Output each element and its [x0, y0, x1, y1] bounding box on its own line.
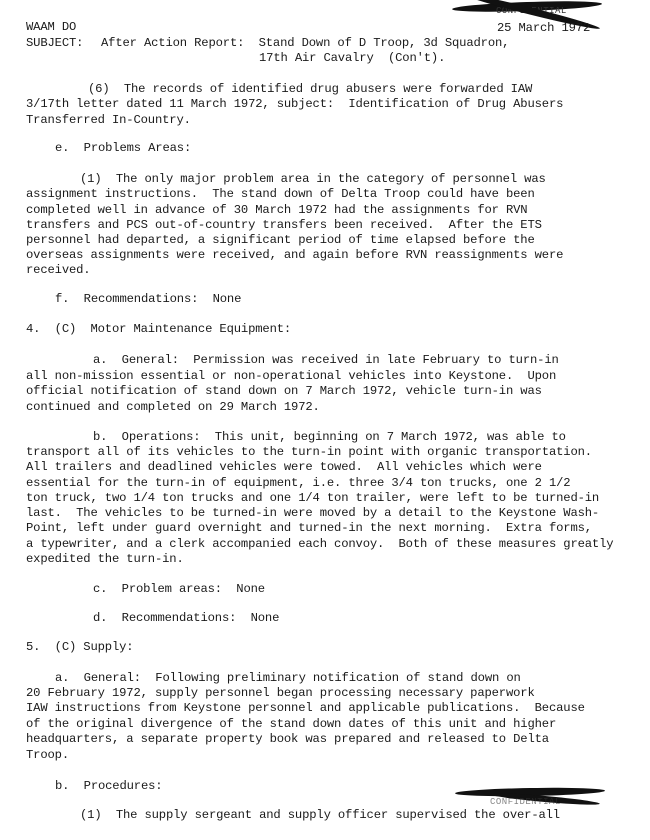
- section-5a-line: IAW instructions from Keystone personnel…: [26, 701, 585, 716]
- section-5b1-line: (1) The supply sergeant and supply offic…: [80, 808, 560, 823]
- document-date: 25 March 1972: [497, 21, 590, 36]
- section-4c: c. Problem areas: None: [93, 582, 265, 597]
- section-4b-line: essential for the turn-in of equipment, …: [26, 476, 570, 491]
- para-e1-line: transfers and PCS out-of-country transfe…: [26, 218, 542, 233]
- office-symbol: WAAM DO: [26, 20, 76, 35]
- section-4b-line: Point, left under guard overnight and tu…: [26, 521, 592, 536]
- section-4b-line: b. Operations: This unit, beginning on 7…: [93, 430, 566, 445]
- para-e-heading: e. Problems Areas:: [55, 141, 191, 156]
- para-e1-line: personnel had departed, a significant pe…: [26, 233, 535, 248]
- para-e1-line: (1) The only major problem area in the c…: [80, 172, 546, 187]
- para-e1-line: received.: [26, 263, 90, 278]
- subject-label: SUBJECT:: [26, 36, 83, 51]
- para-6-line: (6) The records of identified drug abuse…: [88, 82, 532, 97]
- section-5a-line: a. General: Following preliminary notifi…: [55, 671, 521, 686]
- section-5-heading: 5. (C) Supply:: [26, 640, 133, 655]
- para-6-line: 3/17th letter dated 11 March 1972, subje…: [26, 97, 563, 112]
- section-4b-line: ton truck, two 1/4 ton trucks and one 1/…: [26, 491, 599, 506]
- section-5a-line: headquarters, a separate property book w…: [26, 732, 549, 747]
- section-4d: d. Recommendations: None: [93, 611, 279, 626]
- para-e1-line: completed well in advance of 30 March 19…: [26, 203, 527, 218]
- section-5a-line: 20 February 1972, supply personnel began…: [26, 686, 535, 701]
- section-5a-line: of the original divergence of the stand …: [26, 717, 556, 732]
- section-4b-line: All trailers and deadlined vehicles were…: [26, 460, 542, 475]
- section-4b-line: expedited the turn-in.: [26, 552, 184, 567]
- section-4a-line: a. General: Permission was received in l…: [93, 353, 559, 368]
- classification-stamp-text: CONFIDENTIAL: [490, 797, 561, 807]
- section-4b-line: a typewriter, and a clerk accompanied ea…: [26, 537, 613, 552]
- subject-line-2: 17th Air Cavalry (Con't).: [259, 51, 445, 66]
- para-e1-line: assignment instructions. The stand down …: [26, 187, 535, 202]
- section-4a-line: official notification of stand down on 7…: [26, 384, 542, 399]
- section-4b-line: transport all of its vehicles to the tur…: [26, 445, 592, 460]
- section-4a-line: continued and completed on 29 March 1972…: [26, 400, 320, 415]
- subject-line-1: After Action Report: Stand Down of D Tro…: [101, 36, 509, 51]
- section-4-heading: 4. (C) Motor Maintenance Equipment:: [26, 322, 291, 337]
- section-5a-line: Troop.: [26, 748, 69, 763]
- para-e1-line: overseas assignments were received, and …: [26, 248, 563, 263]
- para-f: f. Recommendations: None: [55, 292, 241, 307]
- section-4a-line: all non-mission essential or non-operati…: [26, 369, 556, 384]
- section-5b-heading: b. Procedures:: [55, 779, 162, 794]
- section-4b-line: last. The vehicles to be turned-in were …: [26, 506, 599, 521]
- para-6-line: Transferred In-Country.: [26, 113, 191, 128]
